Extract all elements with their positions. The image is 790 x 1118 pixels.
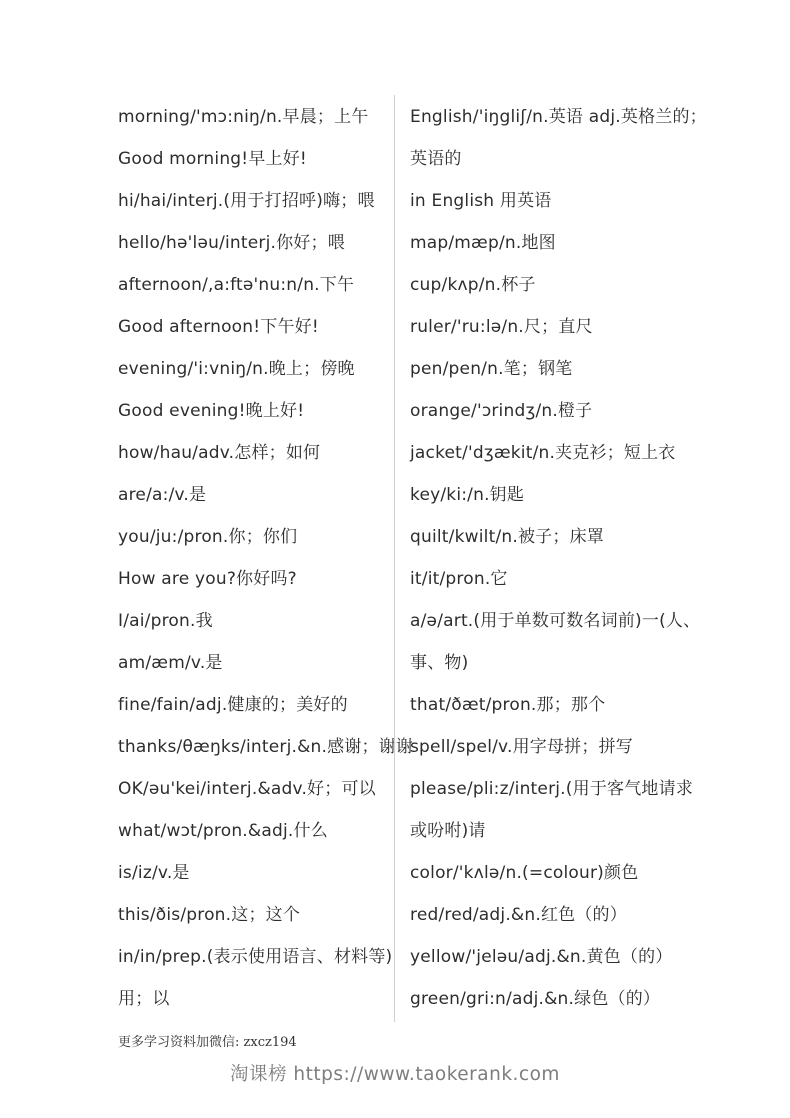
vocab-line: red/red/adj.&n.红色（的） — [410, 894, 707, 936]
vocab-line: in/in/prep.(表示使用语言、材料等) — [118, 936, 413, 978]
vocab-line: you/ju:/pron.你；你们 — [118, 516, 413, 558]
vocab-line: pen/pen/n.笔；钢笔 — [410, 348, 707, 390]
document-page: morning/'mɔ:niŋ/n.早晨；上午Good morning!早上好!… — [0, 0, 790, 1118]
vocab-line: it/it/pron.它 — [410, 558, 707, 600]
vocab-column-right: English/'iŋgliʃ/n.英语 adj.英格兰的；英语的in Engl… — [410, 96, 707, 1020]
vocab-line: I/ai/pron.我 — [118, 600, 413, 642]
vocab-line: a/ə/art.(用于单数可数名词前)一(人、 — [410, 600, 707, 642]
vocab-line: 用；以 — [118, 978, 413, 1020]
vocab-line: how/hau/adv.怎样；如何 — [118, 432, 413, 474]
vocab-line: in English 用英语 — [410, 180, 707, 222]
vocab-line: English/'iŋgliʃ/n.英语 adj.英格兰的； — [410, 96, 707, 138]
vocab-line: thanks/θæŋks/interj.&n.感谢；谢谢 — [118, 726, 413, 768]
vocab-line: what/wɔt/pron.&adj.什么 — [118, 810, 413, 852]
vocab-line: Good afternoon!下午好! — [118, 306, 413, 348]
vocab-line: jacket/'dʒækit/n.夹克衫；短上衣 — [410, 432, 707, 474]
vocab-line: hi/hai/interj.(用于打招呼)嗨；喂 — [118, 180, 413, 222]
vocab-line: this/ðis/pron.这；这个 — [118, 894, 413, 936]
vocab-line: spell/spel/v.用字母拼；拼写 — [410, 726, 707, 768]
vocab-line: orange/'ɔrindʒ/n.橙子 — [410, 390, 707, 432]
vocab-line: map/mæp/n.地图 — [410, 222, 707, 264]
vocab-line: quilt/kwilt/n.被子；床罩 — [410, 516, 707, 558]
vocab-line: fine/fain/adj.健康的；美好的 — [118, 684, 413, 726]
vocab-line: 英语的 — [410, 138, 707, 180]
vocab-line: green/gri:n/adj.&n.绿色（的） — [410, 978, 707, 1020]
vocab-line: yellow/'jeləu/adj.&n.黄色（的） — [410, 936, 707, 978]
vocab-line: morning/'mɔ:niŋ/n.早晨；上午 — [118, 96, 413, 138]
vocab-column-left: morning/'mɔ:niŋ/n.早晨；上午Good morning!早上好!… — [118, 96, 413, 1020]
site-footer-watermark: 淘课榜 https://www.taokerank.com — [0, 1060, 790, 1086]
vocab-line: How are you?你好吗? — [118, 558, 413, 600]
vocab-line: 事、物) — [410, 642, 707, 684]
vocab-line: please/pli:z/interj.(用于客气地请求 — [410, 768, 707, 810]
vocab-line: afternoon/,a:ftə'nu:n/n.下午 — [118, 264, 413, 306]
vocab-line: evening/'i:vniŋ/n.晚上；傍晚 — [118, 348, 413, 390]
vocab-line: is/iz/v.是 — [118, 852, 413, 894]
vocab-line: color/'kʌlə/n.(=colour)颜色 — [410, 852, 707, 894]
vocab-line: am/æm/v.是 — [118, 642, 413, 684]
vocab-line: Good morning!早上好! — [118, 138, 413, 180]
vocab-line: Good evening!晚上好! — [118, 390, 413, 432]
vocab-line: are/a:/v.是 — [118, 474, 413, 516]
vocab-line: OK/əu'kei/interj.&adv.好；可以 — [118, 768, 413, 810]
vocab-line: key/ki:/n.钥匙 — [410, 474, 707, 516]
vocab-line: 或吩咐)请 — [410, 810, 707, 852]
vocab-line: cup/kʌp/n.杯子 — [410, 264, 707, 306]
column-divider-line — [394, 95, 395, 1022]
wechat-note: 更多学习资料加微信: zxcz194 — [118, 1031, 297, 1050]
vocab-line: ruler/'ru:lə/n.尺；直尺 — [410, 306, 707, 348]
vocab-line: hello/hə'ləu/interj.你好；喂 — [118, 222, 413, 264]
vocab-line: that/ðæt/pron.那；那个 — [410, 684, 707, 726]
